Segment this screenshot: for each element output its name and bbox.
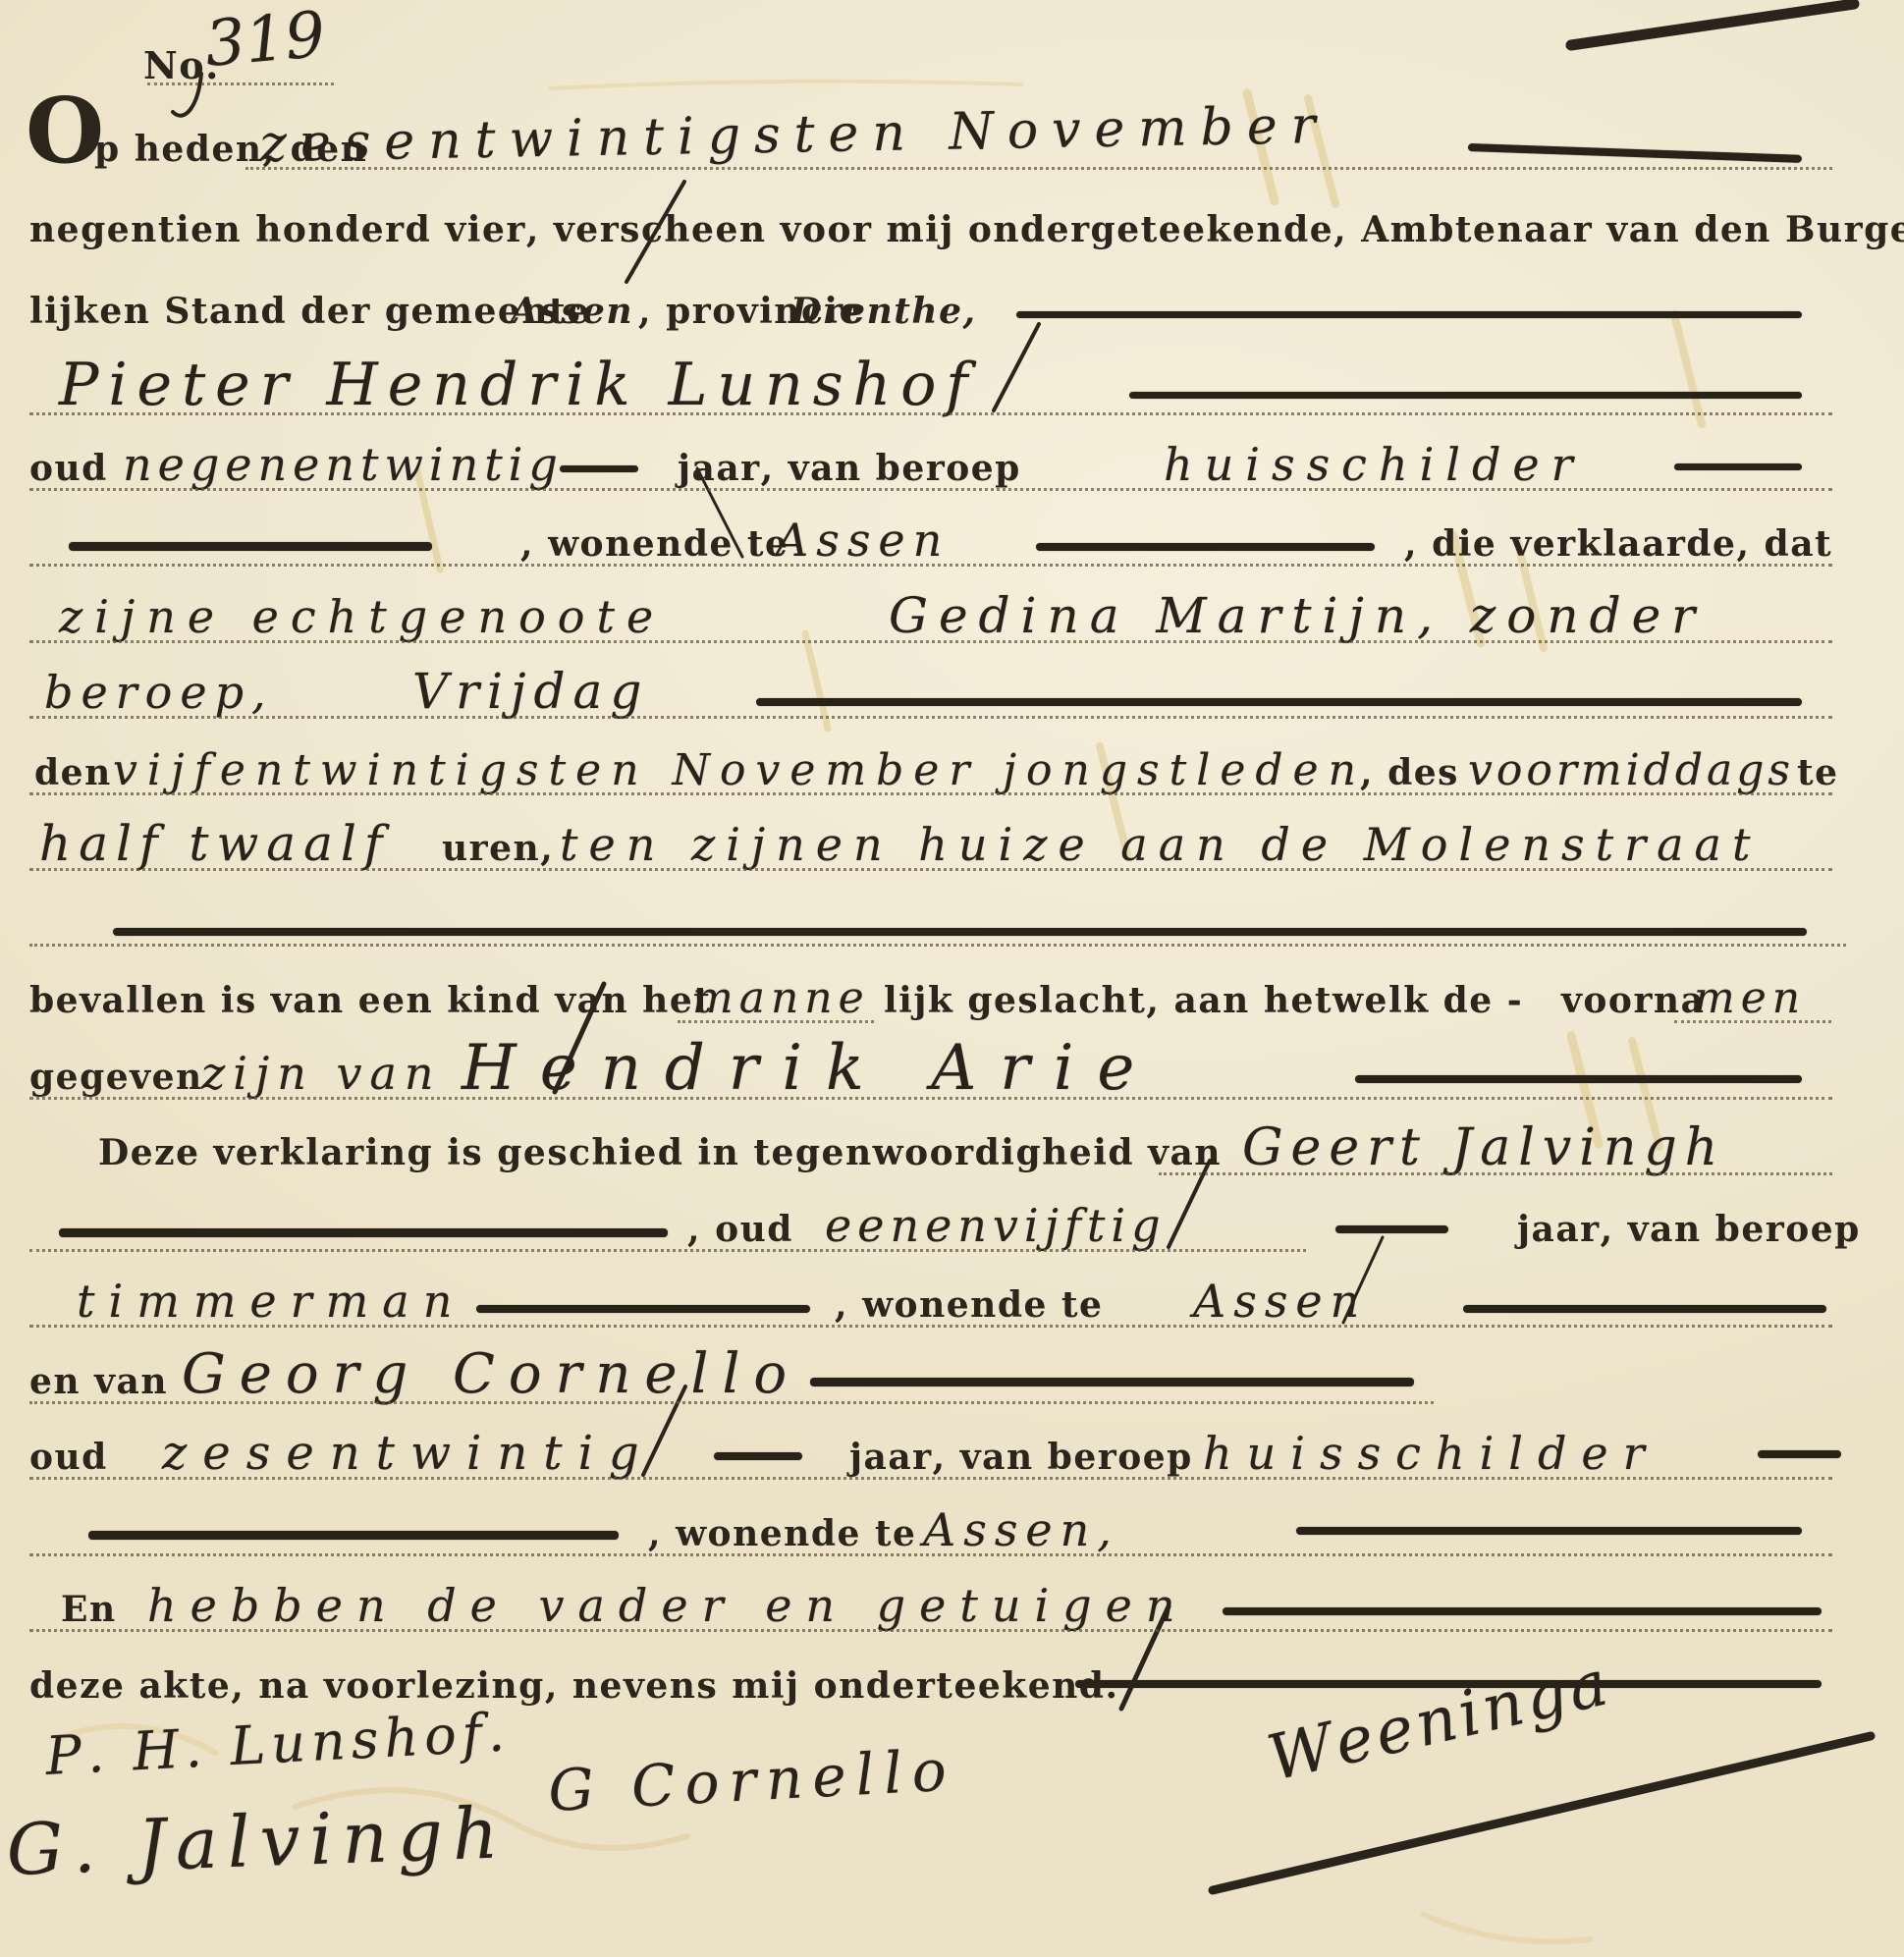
label-te: te [1797, 755, 1839, 790]
ink-stroke [1758, 1450, 1841, 1458]
record-number-value: 319 [202, 4, 327, 77]
label-gegeven: gegeven [29, 1060, 203, 1095]
label-wonende-te-witness2: , wonende te [648, 1516, 916, 1551]
signature-registrar: Weeninga [1263, 1652, 1617, 1791]
ink-stroke [69, 542, 432, 551]
province-name: Drenthe, [790, 294, 977, 329]
entry-witness2-residence: Assen, [923, 1507, 1119, 1552]
ink-stroke [1355, 1075, 1802, 1083]
dotted-guide-line [29, 412, 1832, 415]
label-civil-registry: lijken Stand der gemeente [29, 294, 591, 329]
entry-signing-parties: hebben de vader en getuigen [147, 1583, 1188, 1628]
entry-voornamen-suffix: men [1694, 977, 1806, 1020]
dotted-guide-line [29, 792, 1832, 795]
ink-stroke [1016, 311, 1802, 318]
label-en-van: en van [29, 1364, 168, 1399]
label-jaar-van-beroep-witness1: jaar, van beroep [1517, 1212, 1861, 1247]
dotted-guide-line [29, 1401, 1434, 1404]
ink-stroke [756, 698, 1802, 706]
dotted-guide-line [29, 1629, 1832, 1632]
ink-stroke [1129, 392, 1802, 399]
label-geslacht-voornamen: lijk geslacht, aan hetwelk de - [884, 983, 1523, 1018]
ink-stroke [476, 1305, 810, 1313]
label-des: , des [1360, 755, 1459, 790]
label-die-verklaarde-dat: , die verklaarde, dat [1404, 526, 1832, 562]
ink-stroke [1036, 543, 1375, 551]
entry-child-names: Hendrik Arie [462, 1037, 1158, 1100]
entry-child-sex: manne [692, 977, 870, 1020]
dotted-guide-line [29, 1477, 1832, 1480]
entry-zijn-van: zijn van [201, 1051, 442, 1096]
entry-birth-weekday: Vrijdag [412, 667, 649, 716]
entry-declarant-age: negenentwintig [123, 442, 564, 487]
ink-stroke [1335, 1225, 1448, 1233]
label-den: den [34, 755, 112, 790]
label-en: En [61, 1592, 117, 1627]
entry-witness1-name: Geert Jalvingh [1242, 1122, 1725, 1173]
dotted-guide-line [29, 1553, 1832, 1556]
ink-stroke [810, 1378, 1414, 1386]
label-oud-witness2: oud [29, 1440, 108, 1475]
dotted-guide-line [147, 82, 334, 85]
dotted-guide-line [29, 488, 1832, 491]
entry-witness1-residence: Assen [1193, 1278, 1367, 1324]
entry-witness2-name: Georg Cornello [182, 1347, 800, 1402]
dotted-guide-line [29, 716, 1832, 719]
label-uren: uren, [442, 831, 554, 866]
signature-witness-cornello: G Cornello [547, 1741, 957, 1820]
drop-cap-O: O [26, 85, 104, 176]
ink-stroke [113, 928, 1807, 936]
label-wonende-te-witness1: , wonende te [835, 1287, 1103, 1323]
label-year-officer: negentien honderd vier, verscheen voor m… [29, 212, 1904, 247]
entry-birth-daypart: voormiddags [1468, 749, 1794, 792]
label-jaar-van-beroep: jaar, van beroep [678, 451, 1021, 486]
entry-witness1-age: eenenvijftig [825, 1203, 1167, 1248]
entry-spouse-occupation: beroep, [44, 670, 274, 715]
dotted-guide-line [1159, 1172, 1832, 1175]
ink-stroke [714, 1452, 802, 1460]
entry-birth-time: half twaalf [39, 819, 390, 868]
label-oud-witness1: , oud [687, 1212, 793, 1247]
dotted-guide-line [29, 564, 1832, 567]
entry-declarant-name: Pieter Hendrik Lunshof [59, 355, 978, 414]
label-bevallen-kind: bevallen is van een kind van het [29, 983, 711, 1018]
dotted-guide-line [678, 1020, 874, 1023]
entry-record-date: zesentwintigsten November [259, 100, 1330, 170]
ink-stroke [1296, 1527, 1802, 1535]
label-verklaring-tegenwoordigheid: Deze verklaring is geschied in tegenwoor… [98, 1135, 1222, 1170]
dotted-guide-line [29, 1097, 1832, 1100]
ink-stroke [88, 1531, 619, 1540]
label-wonende-te: , wonende te [520, 526, 789, 562]
ink-stroke [1674, 463, 1802, 470]
entry-spouse-name: Gedina Martijn, zonder [889, 591, 1706, 640]
signature-witness-jalvingh: G. Jalvingh [5, 1797, 509, 1885]
entry-declarant-residence: Assen [776, 517, 950, 563]
ink-stroke [1223, 1607, 1822, 1615]
ink-stroke [1463, 1305, 1826, 1313]
municipality-name: Assen [511, 294, 633, 329]
label-jaar-van-beroep-witness2: jaar, van beroep [849, 1440, 1193, 1475]
dotted-guide-line [29, 640, 1832, 643]
dotted-guide-line [29, 1325, 1832, 1328]
dotted-guide-line [29, 1249, 1306, 1252]
label-closing-clause: deze akte, na voorlezing, nevens mij ond… [29, 1668, 1118, 1704]
signature-father: P. H. Lunshof. [44, 1706, 512, 1783]
entry-witness2-occupation: huisschilder [1203, 1431, 1659, 1476]
dotted-guide-line [29, 944, 1846, 947]
ink-stroke [1468, 143, 1802, 163]
dotted-guide-line [1674, 1020, 1831, 1023]
entry-birth-place: ten zijnen huize aan de Molenstraat [560, 822, 1761, 867]
label-oud: oud [29, 451, 108, 486]
entry-witness2-age: zesentwintig [162, 1430, 655, 1477]
entry-birth-date: vijfentwintigsten November jongstleden [113, 749, 1366, 792]
birth-certificate-page: No. 319 O p heden, den zesentwintigsten … [0, 0, 1904, 1957]
label-voorna: voorna [1561, 983, 1705, 1018]
dotted-guide-line [29, 868, 1832, 871]
entry-declarant-occupation: huisschilder [1164, 442, 1585, 487]
ink-stroke [560, 465, 638, 472]
entry-witness1-occupation: timmerman [77, 1278, 465, 1324]
dotted-guide-line [245, 167, 1832, 170]
ink-stroke [59, 1228, 668, 1237]
entry-spouse-intro: zijne echtgenoote [59, 594, 665, 639]
